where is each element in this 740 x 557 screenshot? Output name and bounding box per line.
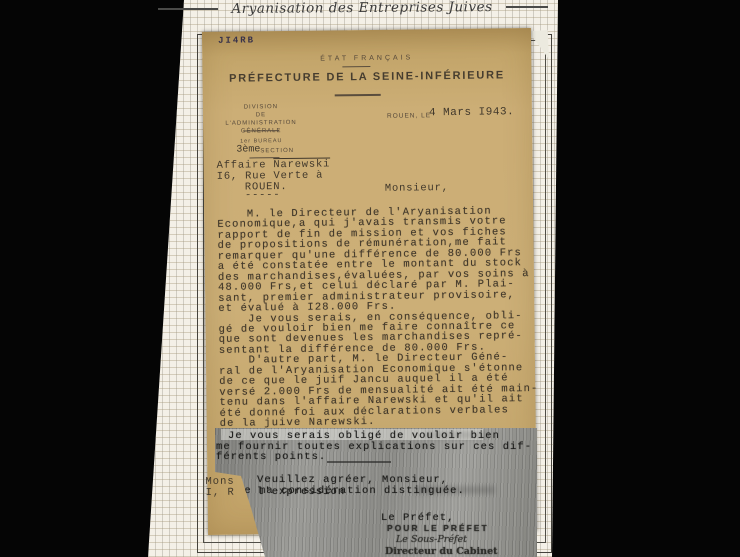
letterhead-prefecture: PRÉFECTURE DE LA SEINE-INFÉRIEURE <box>202 69 531 85</box>
letterhead-bureau: 1er BUREAU <box>208 138 314 145</box>
title-right-rule <box>506 6 548 8</box>
greydoc-underline <box>327 461 391 463</box>
letterhead-state: ÉTAT FRANÇAIS <box>202 53 531 64</box>
prefect-stamp-line1: POUR LE PRÉFET <box>387 523 489 533</box>
handwritten-title: Aryanisation des Entreprises Juives <box>214 0 510 17</box>
dateline-place: ROUEN, LE <box>387 112 431 120</box>
grey-photocopy-overlay: Je vous serais obligé de vouloir bien me… <box>215 428 537 557</box>
corner-stamp: JI4RB <box>218 35 255 45</box>
greydoc-closing2: de ma considération distinguée. <box>237 485 465 497</box>
section-label-printed: SECTION <box>260 148 294 154</box>
dateline-date: 4 Mars I943. <box>429 106 514 119</box>
prefect-stamp-line2: Le Sous-Préfet <box>396 534 467 545</box>
covered-fragment-2: I, R <box>205 487 234 499</box>
greydoc-line3: férents points. <box>216 451 326 463</box>
letter-body: M. le Directeur de l'Aryanisation Econom… <box>217 206 542 429</box>
salutation: Monsieur, <box>385 182 449 195</box>
address-dashes: ----- <box>245 189 281 201</box>
title-left-rule <box>158 8 218 10</box>
state-underline <box>342 66 370 67</box>
prefect-stamp-line3: Directeur du Cabinet <box>385 546 498 557</box>
section-number-typed: 3ème <box>236 144 260 155</box>
photograph-of-document: Aryanisation des Entreprises Juives JI4R… <box>0 0 740 557</box>
division-line3: L'ADMINISTRATION GÉNÉRALE <box>208 119 314 136</box>
prefecture-underline <box>335 94 381 96</box>
